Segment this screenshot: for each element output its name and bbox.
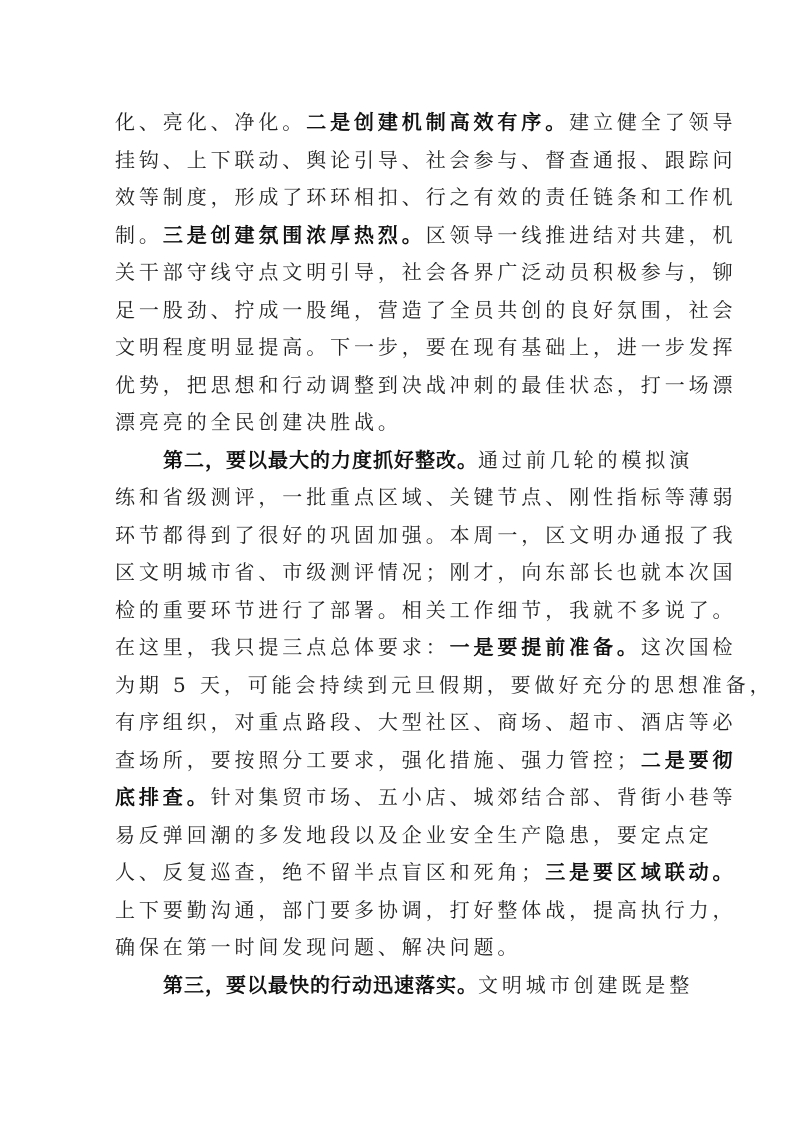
bold-phrase: 三是要区域联动。 <box>545 860 736 884</box>
text-line: 漂亮亮的全民创建决胜战。 <box>115 404 675 441</box>
body-text: 有序组织，对重点路段、大型社区、商场、超市、酒店等必 <box>115 710 736 734</box>
body-text: 环节都得到了很好的巩固加强。本周一，区文明办通报了我 <box>115 523 736 547</box>
bold-phrase: 底排查。 <box>115 785 211 809</box>
text-line: 足一股劲、拧成一股绳，营造了全员共创的良好氛围，社会 <box>115 292 675 329</box>
text-line: 优势，把思想和行动调整到决战冲刺的最佳状态，打一场漂 <box>115 367 675 404</box>
body-text: 确保在第一时间发现问题、解决问题。 <box>115 935 521 959</box>
text-line: 人、反复巡查，绝不留半点盲区和死角；三是要区域联动。 <box>115 854 675 891</box>
text-line: 为期 5 天，可能会持续到元旦假期，要做好充分的思想准备， <box>115 667 675 704</box>
bold-phrase: 一是要提前准备。 <box>450 635 641 659</box>
section-heading: 第三，要以最快的行动迅速落实。 <box>163 973 478 997</box>
text-line: 检的重要环节进行了部署。相关工作细节，我就不多说了。 <box>115 592 675 629</box>
body-text: 为期 5 天，可能会持续到元旦假期，要做好充分的思想准备， <box>115 673 774 697</box>
body-text: 区领导一线推进结对共建，机 <box>426 223 737 247</box>
body-text: 针对集贸市场、五小店、城郊结合部、背街小巷等 <box>211 785 737 809</box>
bold-phrase: 二是要彻 <box>641 748 737 772</box>
body-text: 区文明城市省、市级测评情况；刚才，向东部长也就本次国 <box>115 560 736 584</box>
text-line: 化、亮化、净化。二是创建机制高效有序。建立健全了领导 <box>115 104 675 141</box>
body-text: 足一股劲、拧成一股绳，营造了全员共创的良好氛围，社会 <box>115 298 736 322</box>
bold-phrase: 二是创建机制高效有序。 <box>306 110 569 134</box>
text-line: 区文明城市省、市级测评情况；刚才，向东部长也就本次国 <box>115 554 675 591</box>
body-text: 通过前几轮的模拟演 <box>478 448 693 472</box>
text-line: 练和省级测评，一批重点区域、关键节点、刚性指标等薄弱 <box>115 479 675 516</box>
document-page: 化、亮化、净化。二是创建机制高效有序。建立健全了领导挂钩、上下联动、舆论引导、社… <box>0 0 793 1122</box>
text-line: 有序组织，对重点路段、大型社区、商场、超市、酒店等必 <box>115 704 675 741</box>
text-line: 上下要勤沟通，部门要多协调，打好整体战，提高执行力， <box>115 892 675 929</box>
text-line: 挂钩、上下联动、舆论引导、社会参与、督查通报、跟踪问 <box>115 142 675 179</box>
body-text: 文明城市创建既是整 <box>478 973 693 997</box>
body-text: 这次国检 <box>641 635 737 659</box>
text-line: 关干部守线守点文明引导，社会各界广泛动员积极参与，铆 <box>115 254 675 291</box>
body-text: 上下要勤沟通，部门要多协调，打好整体战，提高执行力， <box>115 898 736 922</box>
body-text: 文明程度明显提高。下一步，要在现有基础上，进一步发挥 <box>115 335 736 359</box>
text-line: 在这里，我只提三点总体要求：一是要提前准备。这次国检 <box>115 629 675 666</box>
bold-phrase: 三是创建氛围浓厚热烈。 <box>163 223 426 247</box>
text-line: 制。三是创建氛围浓厚热烈。区领导一线推进结对共建，机 <box>115 217 675 254</box>
text-line: 易反弹回潮的多发地段以及企业安全生产隐患，要定点定 <box>115 817 675 854</box>
body-text: 检的重要环节进行了部署。相关工作细节，我就不多说了。 <box>115 598 736 622</box>
body-text: 优势，把思想和行动调整到决战冲刺的最佳状态，打一场漂 <box>115 373 736 397</box>
text-line: 文明程度明显提高。下一步，要在现有基础上，进一步发挥 <box>115 329 675 366</box>
body-text: 在这里，我只提三点总体要求： <box>115 635 450 659</box>
body-text: 建立健全了领导 <box>569 110 736 134</box>
body-text: 练和省级测评，一批重点区域、关键节点、刚性指标等薄弱 <box>115 485 736 509</box>
body-text: 易反弹回潮的多发地段以及企业安全生产隐患，要定点定 <box>115 823 713 847</box>
paragraph-first-line: 第二，要以最大的力度抓好整改。通过前几轮的模拟演 <box>163 442 723 479</box>
body-text: 关干部守线守点文明引导，社会各界广泛动员积极参与，铆 <box>115 260 736 284</box>
body-text: 漂亮亮的全民创建决胜战。 <box>115 410 402 434</box>
body-text: 化、亮化、净化。 <box>115 110 306 134</box>
paragraph-first-line: 第三，要以最快的行动迅速落实。文明城市创建既是整 <box>163 967 723 1004</box>
body-text: 制。 <box>115 223 163 247</box>
body-text: 查场所，要按照分工要求，强化措施、强力管控； <box>115 748 641 772</box>
body-text: 人、反复巡查，绝不留半点盲区和死角； <box>115 860 545 884</box>
body-text: 挂钩、上下联动、舆论引导、社会参与、督查通报、跟踪问 <box>115 148 736 172</box>
text-line: 环节都得到了很好的巩固加强。本周一，区文明办通报了我 <box>115 517 675 554</box>
body-text: 效等制度，形成了环环相扣、行之有效的责任链条和工作机 <box>115 185 736 209</box>
text-line: 效等制度，形成了环环相扣、行之有效的责任链条和工作机 <box>115 179 675 216</box>
text-line: 底排查。针对集贸市场、五小店、城郊结合部、背街小巷等 <box>115 779 675 816</box>
text-line: 查场所，要按照分工要求，强化措施、强力管控；二是要彻 <box>115 742 675 779</box>
section-heading: 第二，要以最大的力度抓好整改。 <box>163 448 478 472</box>
text-line: 确保在第一时间发现问题、解决问题。 <box>115 929 675 966</box>
